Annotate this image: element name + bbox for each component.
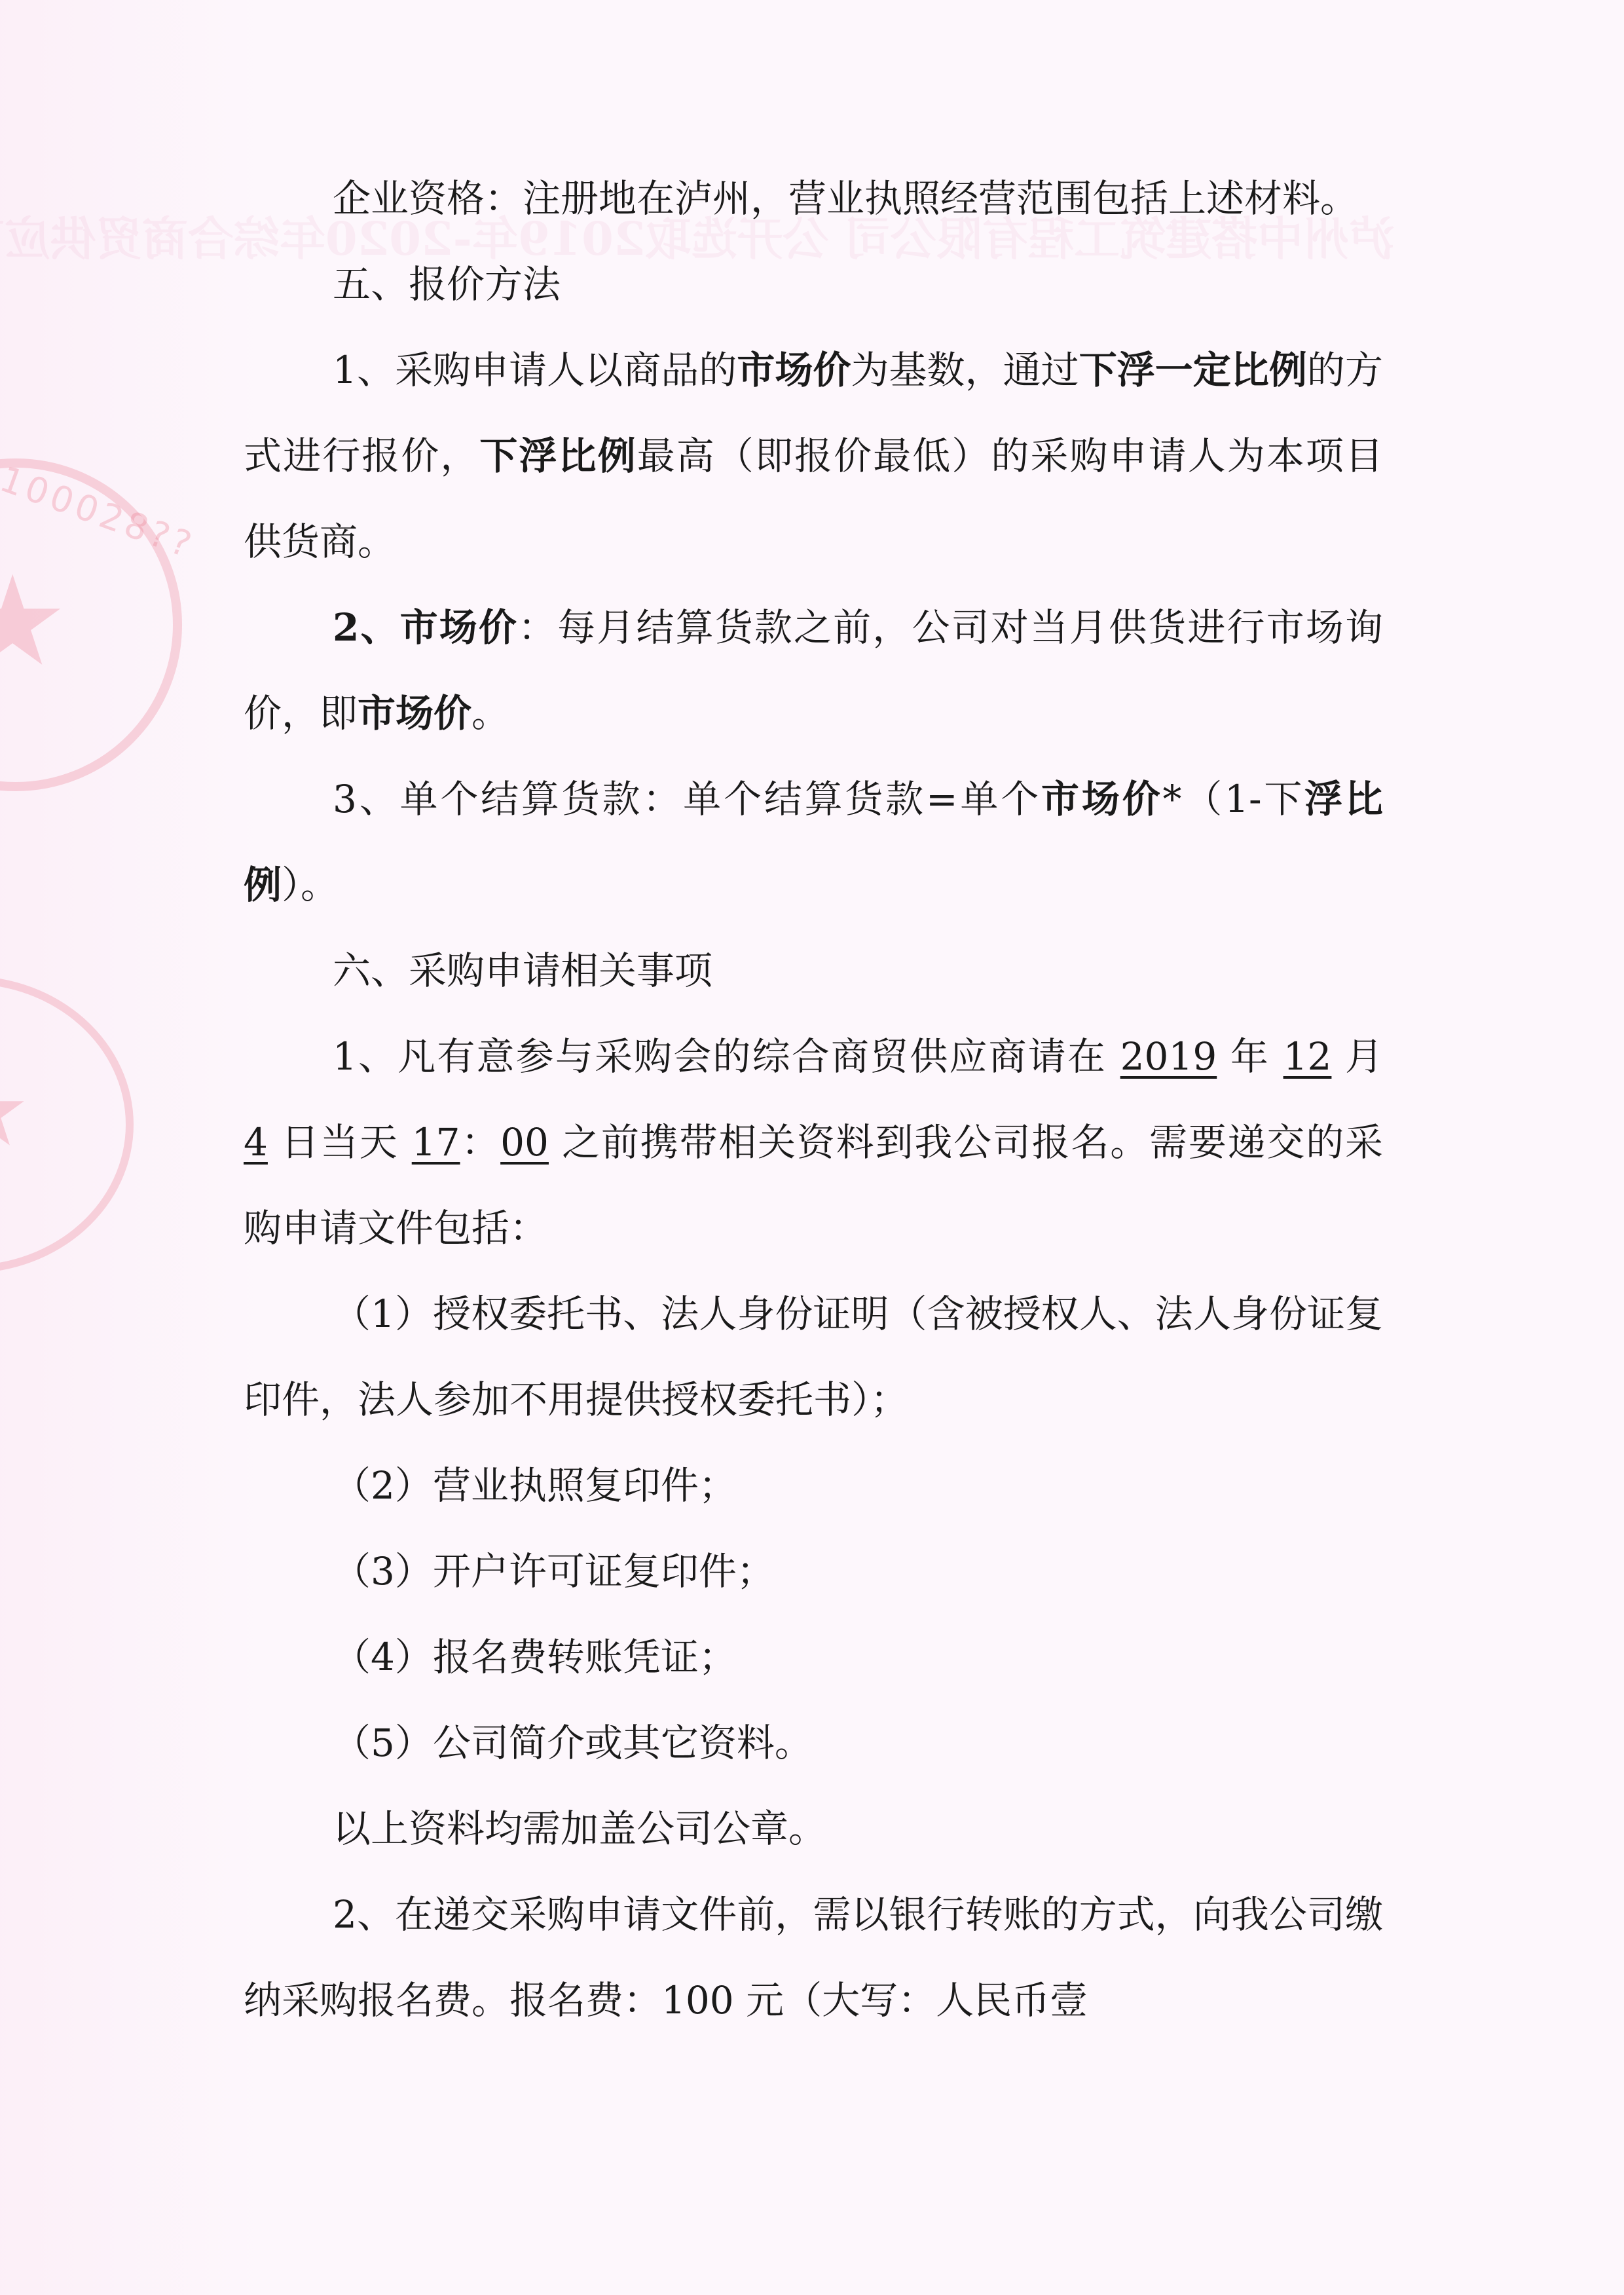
- text-segment: 。: [471, 691, 509, 736]
- text-segment: 五、报价方法: [333, 262, 561, 307]
- filled-value: 17: [412, 1120, 460, 1165]
- company-seal-upper: ★ 5100028??: [0, 458, 182, 791]
- text-segment: ）。: [282, 863, 339, 907]
- paragraph-s6-doc3: （3）开户许可证复印件；: [244, 1529, 1383, 1614]
- company-seal-lower: ★: [0, 976, 134, 1273]
- text-segment: （5）公司简介或其它资料。: [333, 1721, 813, 1765]
- bold-term: 下浮一定比例: [1079, 348, 1307, 392]
- bold-term: 下浮比例: [479, 434, 637, 478]
- text-segment: 3、单个结算货款：单个结算货款=单个: [333, 777, 1041, 821]
- paragraph-s5-item3: 3、单个结算货款：单个结算货款=单个市场价*（1-下浮比例）。: [244, 756, 1383, 928]
- text-segment: （4）报名费转账凭证；: [333, 1635, 737, 1679]
- text-segment: 2、在递交采购申请文件前，需以银行转账的方式，向我公司缴纳采购报名费。报名费：1…: [244, 1892, 1383, 2023]
- paragraph-section6-heading: 六、采购申请相关事项: [244, 928, 1383, 1014]
- bold-term: 市场价: [358, 691, 471, 736]
- paragraph-s6-item2: 2、在递交采购申请文件前，需以银行转账的方式，向我公司缴纳采购报名费。报名费：1…: [244, 1872, 1383, 2043]
- paragraph-s6-doc4: （4）报名费转账凭证；: [244, 1614, 1383, 1700]
- paragraph-s5-item2: 2、市场价：每月结算货款之前，公司对当月供货进行市场询价，即市场价。: [244, 585, 1383, 756]
- paragraph-section5-heading: 五、报价方法: [244, 242, 1383, 327]
- bold-term: 市场价: [400, 605, 518, 650]
- filled-value: 2019: [1120, 1034, 1217, 1079]
- paragraph-s6-item1: 1、凡有意参与采购会的综合商贸供应商请在 2019 年 12 月 4 日当天 1…: [244, 1014, 1383, 1271]
- paragraph-s6-doc1: （1）授权委托书、法人身份证明（含被授权人、法人身份证复印件，法人参加不用提供授…: [244, 1271, 1383, 1443]
- text-segment: 1、凡有意参与采购会的综合商贸供应商请在: [333, 1034, 1120, 1079]
- text-segment: 月: [1331, 1034, 1383, 1079]
- document-body: 企业资格：注册地在泸州，营业执照经营范围包括上述材料。五、报价方法1、采购申请人…: [244, 156, 1383, 2043]
- text-segment: ：: [460, 1120, 501, 1165]
- paragraph-s6-doc2: （2）营业执照复印件；: [244, 1443, 1383, 1529]
- star-icon: ★: [0, 1062, 30, 1161]
- paragraph-s6-doc5: （5）公司简介或其它资料。: [244, 1700, 1383, 1786]
- paragraph-s5-item1: 1、采购申请人以商品的市场价为基数，通过下浮一定比例的方式进行报价，下浮比例最高…: [244, 327, 1383, 585]
- paragraph-s6-seal-note: 以上资料均需加盖公司公章。: [244, 1786, 1383, 1872]
- text-segment: （1）授权委托书、法人身份证明（含被授权人、法人身份证复印件，法人参加不用提供授…: [244, 1292, 1383, 1422]
- text-segment: 年: [1217, 1034, 1283, 1079]
- bold-term: 2、: [333, 605, 400, 650]
- star-icon: ★: [0, 559, 68, 684]
- text-segment: 企业资格：注册地在泸州，营业执照经营范围包括上述材料。: [333, 176, 1358, 221]
- text-segment: *（1-下: [1162, 777, 1304, 821]
- text-segment: （2）营业执照复印件；: [333, 1463, 737, 1508]
- text-segment: 1、采购申请人以商品的: [333, 348, 737, 392]
- text-segment: 以上资料均需加盖公司公章。: [333, 1806, 826, 1851]
- bold-term: 市场价: [737, 348, 851, 392]
- text-segment: 六、采购申请相关事项: [333, 948, 712, 993]
- text-segment: 为基数，通过: [851, 348, 1079, 392]
- filled-value: 00: [500, 1120, 549, 1165]
- filled-value: 4: [244, 1120, 268, 1165]
- filled-value: 12: [1283, 1034, 1332, 1079]
- text-segment: （3）开户许可证复印件；: [333, 1549, 775, 1594]
- bold-term: 市场价: [1041, 777, 1162, 821]
- text-segment: 日当天: [268, 1120, 412, 1165]
- document-page: 泸州中搭建筑工程有限公司 公开选取2019年-2020年综合商贸供应商的 ★ 5…: [0, 0, 1624, 2295]
- paragraph-qualification: 企业资格：注册地在泸州，营业执照经营范围包括上述材料。: [244, 156, 1383, 242]
